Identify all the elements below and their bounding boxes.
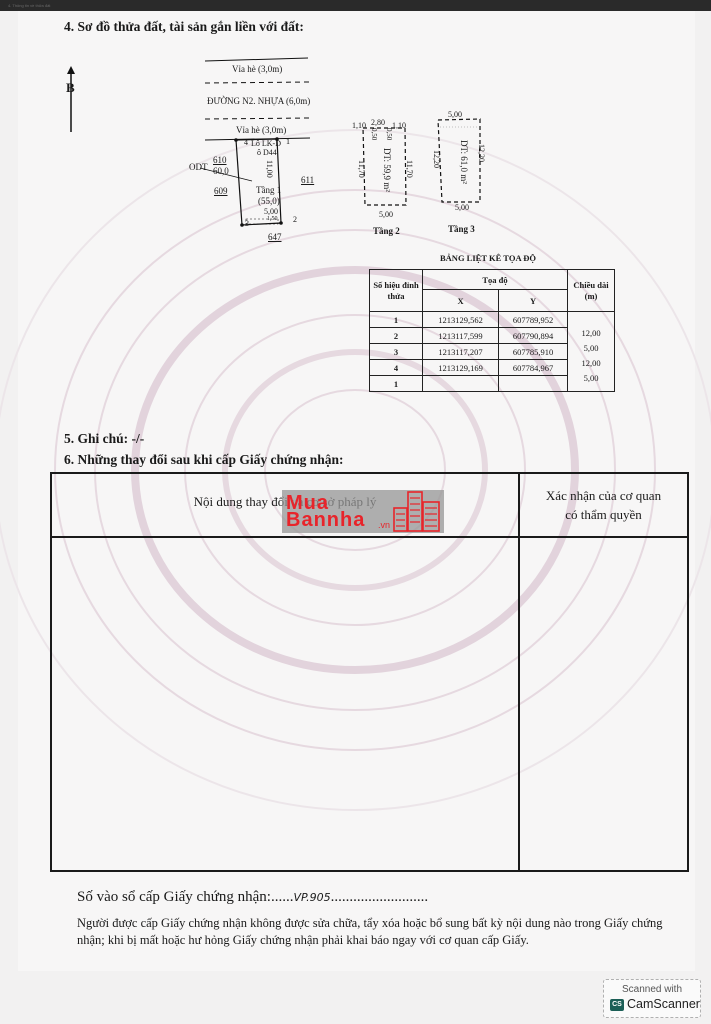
street-label: ĐƯỜNG N2. NHỰA (6,0m) [207,96,310,106]
floor3-right-length: 12,20 [477,144,486,162]
floor3-label: Tầng 3 [448,224,475,234]
floor3-left-length: 12,20 [432,150,441,168]
camscanner-badge: Scanned with CS CamScanner [603,979,701,1018]
section-6-title: 6. Những thay đổi sau khi cấp Giấy chứng… [64,452,344,468]
floor2-label: Tầng 2 [373,226,400,236]
parcel-side-length: 11,00 [265,160,274,178]
header-point: Số hiệu đỉnh thửa [370,270,423,312]
floor1-area: (55,0) [258,196,280,206]
floor3-area: DT: 61,0 m² [459,140,469,184]
header-coords: Tọa độ [423,270,568,290]
top-bar-caption: 4. Thông tin về thửa đất [8,3,50,8]
registry-label: Số vào sổ cấp Giấy chứng nhận: [77,889,271,905]
buildings-icon [392,490,442,533]
neighbor-left: 609 [214,186,228,196]
changes-table-header-line [52,536,687,538]
section-4-title: 4. Sơ đồ thửa đất, tài sản gắn liền với … [64,19,304,35]
parcel-corner-1: 1 [286,137,290,146]
parcel-number: 610 [213,155,227,165]
registry-value: VP.905 [293,891,330,904]
parcel-corner-4: 4 [244,138,248,147]
header-y: Y [499,290,568,312]
section-5-title: 5. Ghi chú: -/- [64,431,144,447]
parcel-corner-3: 3 [245,219,249,228]
lot-cell: ô D44 [257,148,277,157]
neighbor-bottom: 647 [268,232,282,242]
top-bar: 4. Thông tin về thửa đất [0,0,711,11]
changes-col2-header: Xác nhận của cơ quan có thẩm quyền [520,486,687,524]
sidewalk-bottom-label: Vỉa hè (3,0m) [236,125,286,135]
parcel-bottom-inner: 1,50 [267,216,278,222]
floor2-top-left: 1,10 [352,121,366,130]
coords-table: Số hiệu đỉnh thửa Tọa độ Chiều dài (m) X… [369,269,615,392]
north-arrow-icon [64,66,78,134]
floor2-left-length: 11,70 [357,160,366,178]
muabannha-watermark: Mua Bannha .vn [282,490,444,533]
registry-line: Số vào sổ cấp Giấy chứng nhận:......VP.9… [77,889,428,906]
parcel-corner-2: 2 [293,215,297,224]
floor2-right-length: 11,70 [405,160,414,178]
lengths-cell: 12,00 5,00 12,00 5,00 [568,312,615,392]
table-row: 1 1213129,562 607789,952 12,00 5,00 12,0… [370,312,615,328]
floor2-top-mid: 2,80 [371,118,385,127]
coords-table-title: BẢNG LIỆT KÊ TỌA ĐỘ [440,253,536,263]
floor1-label: Tầng 1 [256,185,281,195]
floor2-offset-right: 0,50 [385,128,393,140]
neighbor-right: 611 [301,175,314,185]
lot-code: Lô LK-D [251,139,281,148]
camscanner-caption: Scanned with [604,984,700,995]
notice-text: Người được cấp Giấy chứng nhận không đượ… [77,915,677,949]
land-type: ODT [189,162,208,172]
floor2-area: DT: 59,9 m² [382,148,392,192]
floor3-top-length: 5,00 [448,110,462,119]
floor2-top-right: 1,10 [392,121,406,130]
floor2-bottom-length: 5,00 [379,210,393,219]
watermark-suffix: .vn [378,520,390,530]
floor2-offset-left: 0,50 [370,128,378,140]
sidewalk-top-label: Vỉa hè (3,0m) [232,64,282,74]
parcel-bottom-width: 5,00 [264,207,278,216]
header-length: Chiều dài (m) [568,270,615,312]
camscanner-name: CamScanner [627,997,700,1011]
north-label: B [66,80,75,96]
floor3-bottom-length: 5,00 [455,203,469,212]
camscanner-logo-icon: CS [610,999,624,1011]
parcel-area: 60,0 [213,166,229,176]
header-x: X [423,290,499,312]
changes-table-divider [518,474,520,870]
watermark-line2: Bannha [286,509,365,532]
